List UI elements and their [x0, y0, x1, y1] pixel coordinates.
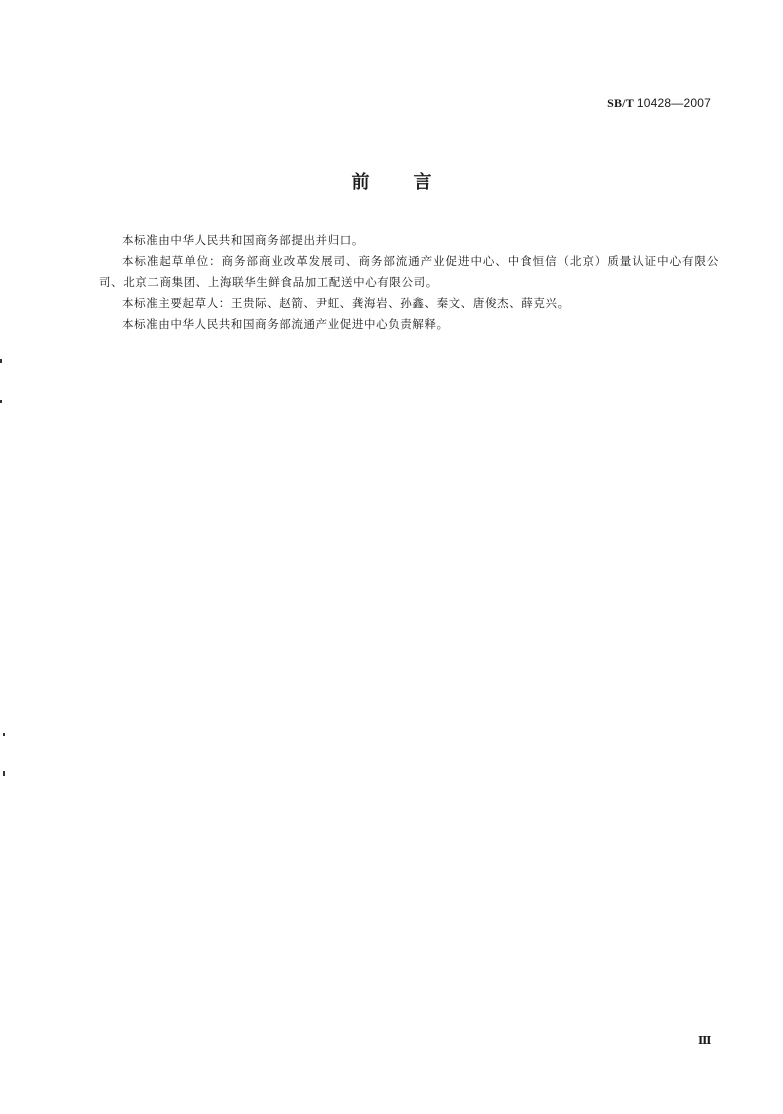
scan-artifact — [0, 400, 2, 403]
paragraph-drafting-units: 本标准起草单位：商务部商业改革发展司、商务部流通产业促进中心、中食恒信（北京）质… — [99, 251, 719, 293]
scan-artifact — [3, 733, 5, 736]
paragraph-interpretation: 本标准由中华人民共和国商务部流通产业促进中心负责解释。 — [99, 314, 719, 335]
scan-artifact — [0, 359, 2, 363]
standard-code-number: 10428—2007 — [637, 96, 711, 110]
page-number: Ⅲ — [698, 1034, 711, 1047]
page-title: 前言 — [0, 168, 783, 194]
title-char-1: 前 — [352, 168, 370, 194]
standard-code: SB/T 10428—2007 — [607, 96, 711, 111]
standard-code-prefix: SB/T — [607, 96, 634, 110]
title-char-2: 言 — [414, 168, 432, 194]
paragraph-proposer: 本标准由中华人民共和国商务部提出并归口。 — [99, 230, 719, 251]
scan-artifact — [3, 771, 5, 776]
foreword-body: 本标准由中华人民共和国商务部提出并归口。 本标准起草单位：商务部商业改革发展司、… — [99, 230, 719, 335]
paragraph-drafters: 本标准主要起草人：王贵际、赵箭、尹虹、龚海岩、孙鑫、秦文、唐俊杰、薛克兴。 — [99, 293, 719, 314]
